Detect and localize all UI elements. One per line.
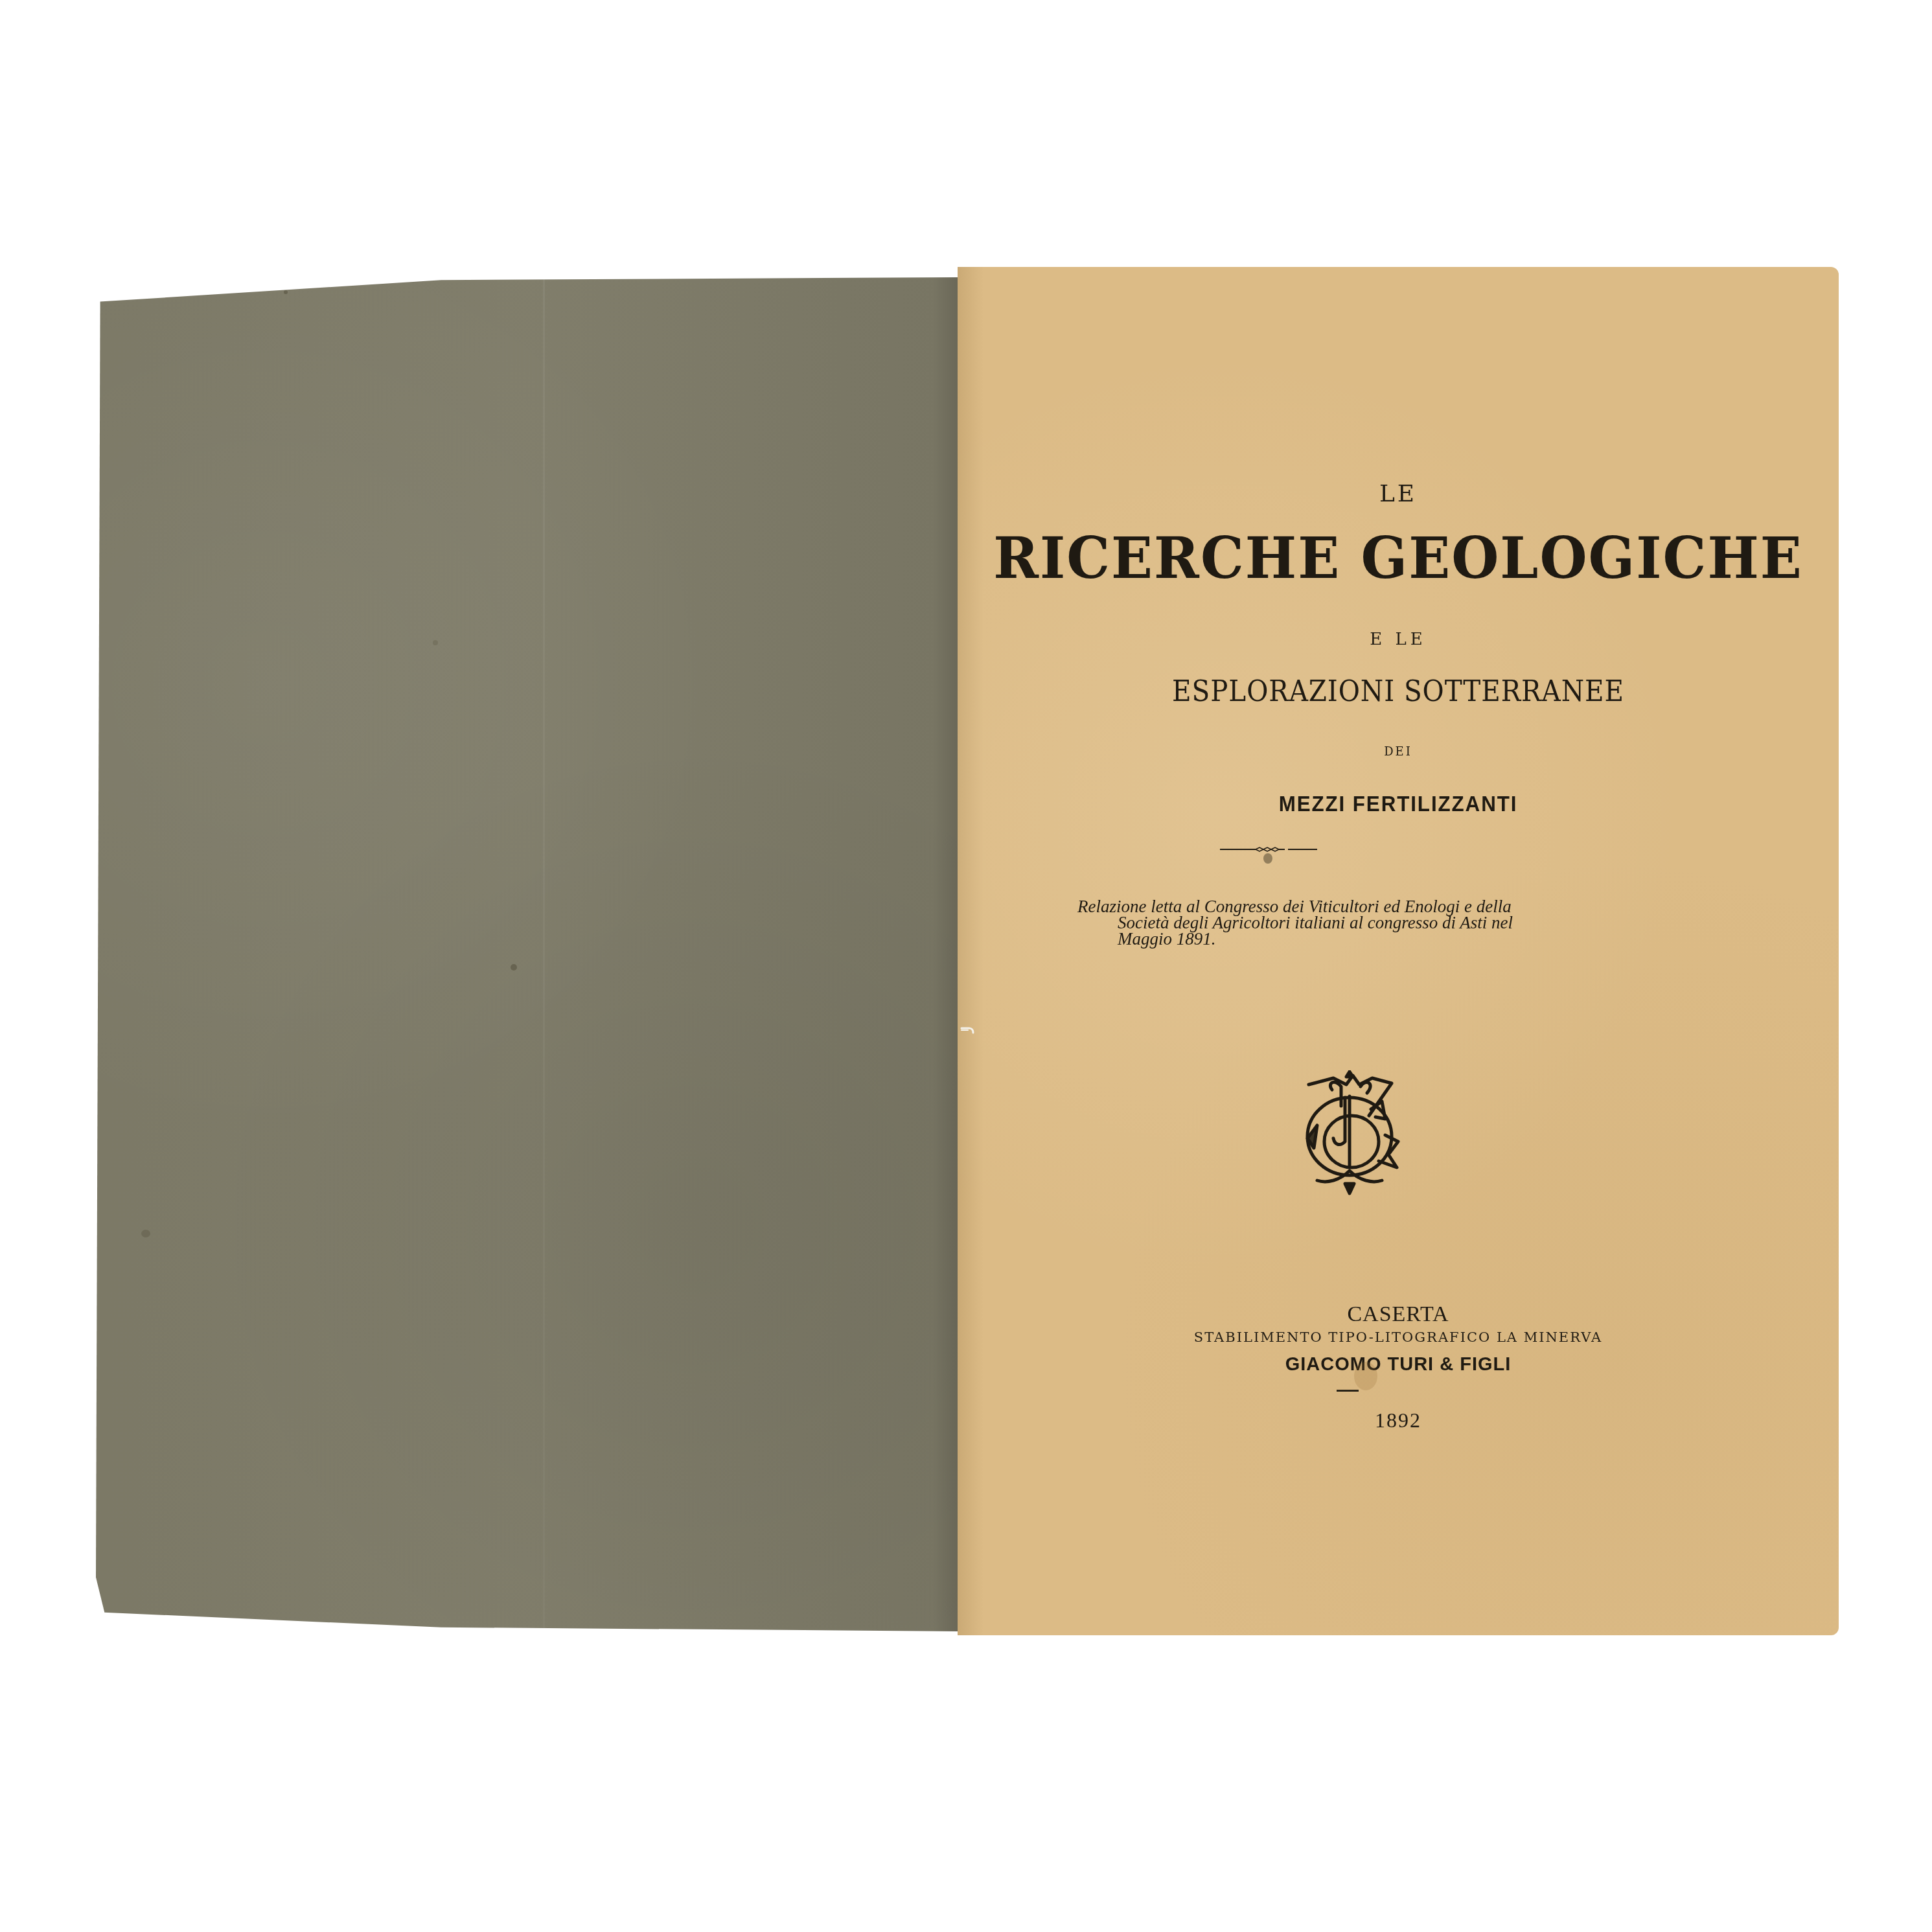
imprint-printer: STABILIMENTO TIPO-LITOGRAFICO LA MINERVA bbox=[958, 1329, 1839, 1345]
foxing-stain bbox=[1354, 1362, 1377, 1390]
blemish bbox=[284, 290, 288, 294]
title-page: LE RICERCHE GEOLOGICHE E LE ESPLORAZIONI… bbox=[958, 267, 1839, 1635]
fold-crease bbox=[543, 277, 545, 1631]
subtitle: ESPLORAZIONI SOTTERRANEE bbox=[993, 675, 1803, 708]
imprint-rule bbox=[1337, 1390, 1359, 1392]
relazione-paragraph: Relazione letta al Congresso dei Viticul… bbox=[1077, 899, 1635, 947]
printer-monogram-emblem-icon bbox=[1294, 1070, 1405, 1197]
spine-shadow bbox=[933, 277, 959, 1631]
title-connector: E LE bbox=[958, 630, 1839, 649]
imprint-city: CASERTA bbox=[958, 1302, 1839, 1327]
title-pre: LE bbox=[958, 481, 1839, 507]
decorative-rule-ornament-icon bbox=[1220, 845, 1317, 853]
title-connector-2: DEI bbox=[958, 745, 1839, 759]
imprint-year: 1892 bbox=[958, 1409, 1839, 1432]
blemish bbox=[141, 1230, 150, 1237]
blemish bbox=[433, 640, 438, 645]
relazione-line: Maggio 1891. bbox=[1077, 931, 1635, 947]
main-title: RICERCHE GEOLOGICHE bbox=[958, 525, 1839, 592]
binding-thread-icon bbox=[960, 1025, 977, 1035]
foxing-spot bbox=[1263, 853, 1272, 864]
imprint-publisher: GIACOMO TURI & FIGLI bbox=[958, 1354, 1839, 1375]
left-cover-page bbox=[96, 277, 959, 1631]
blemish bbox=[511, 964, 517, 971]
subtitle-2: MEZZI FERTILIZZANTI bbox=[980, 792, 1817, 816]
